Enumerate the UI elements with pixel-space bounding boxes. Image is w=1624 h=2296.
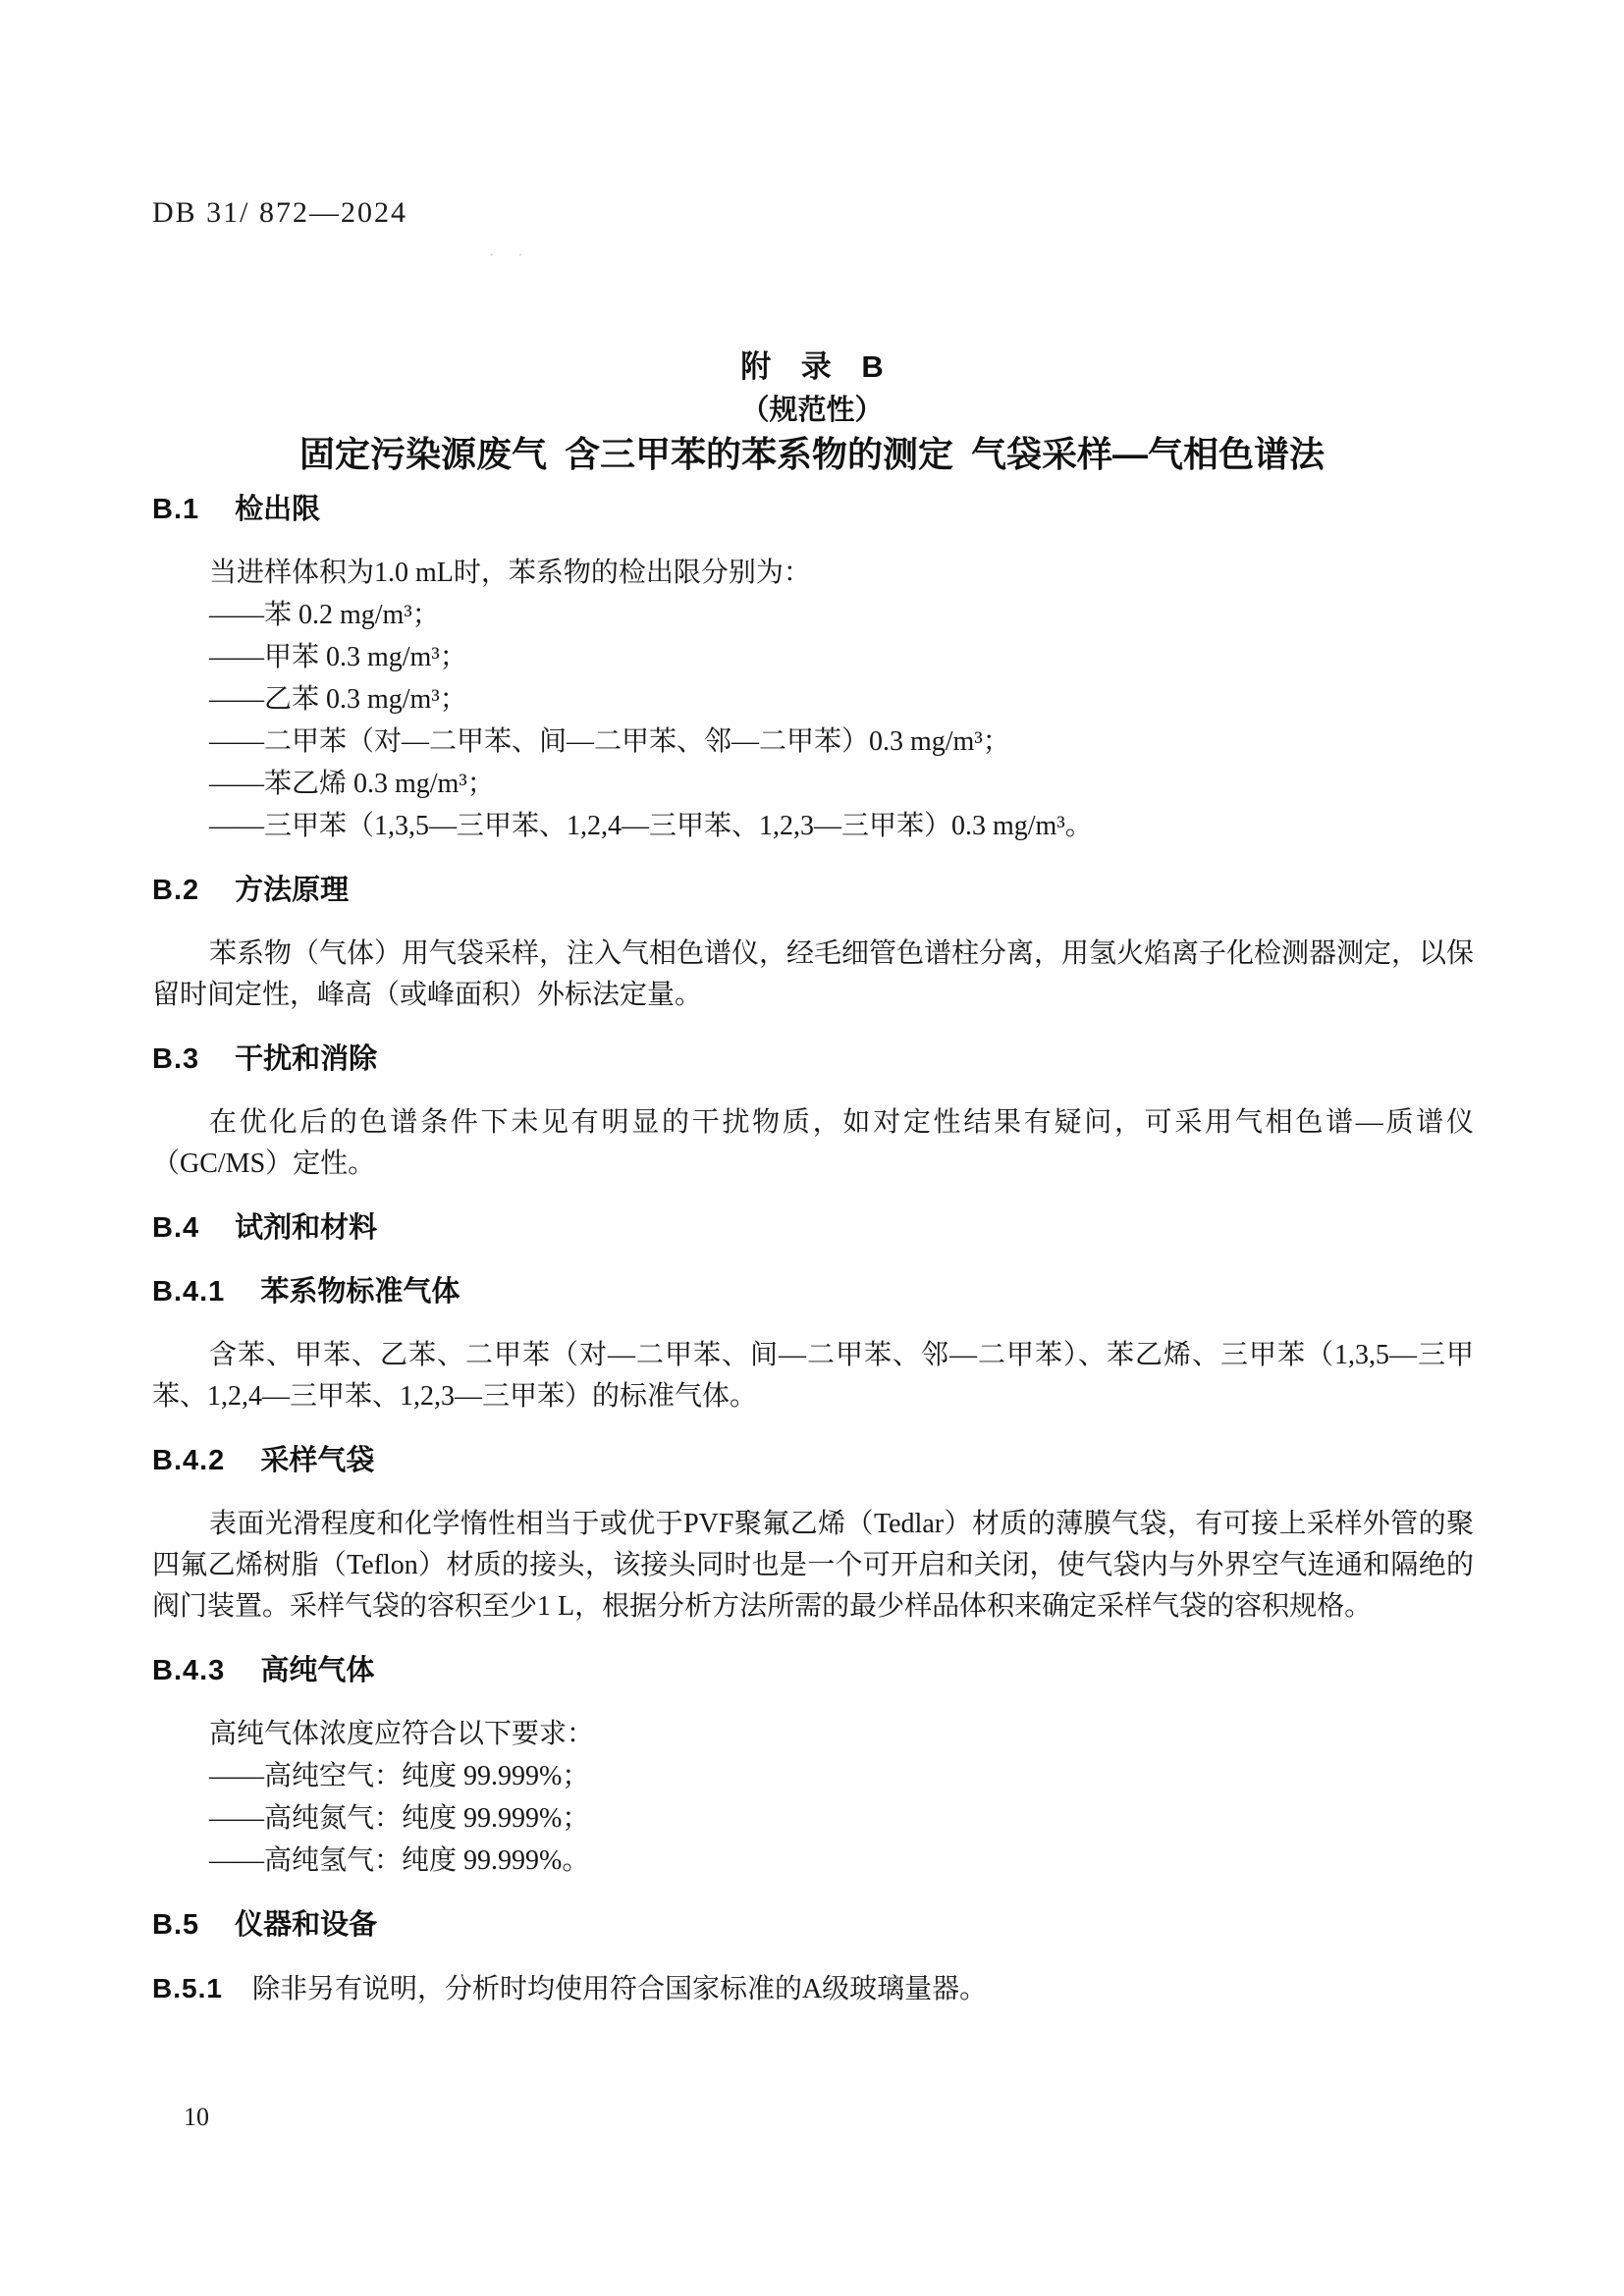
dash-list-item: ——高纯氢气：纯度 99.999%。 <box>152 1840 1474 1882</box>
clause-number: B.5.1 <box>152 1973 223 2003</box>
section-heading: B.4试剂和材料 <box>152 1207 1474 1249</box>
title-block: 附 录 B （规范性） 固定污染源废气 含三甲苯的苯系物的测定 气袋采样—气相色… <box>0 346 1624 477</box>
dash-list-item: ——乙苯 0.3 mg/m³； <box>152 678 1474 721</box>
clause: B.5.1除非另有说明，分析时均使用符合国家标准的A级玻璃量器。 <box>152 1968 1474 2010</box>
section-heading: B.3干扰和消除 <box>152 1039 1474 1080</box>
paragraph: 当进样体积为1.0 mL时，苯系物的检出限分别为： <box>152 553 1474 594</box>
heading-text: 采样气袋 <box>260 1445 374 1476</box>
clause-number: B.1 <box>152 494 199 525</box>
dash-list-item: ——三甲苯（1,3,5—三甲苯、1,2,4—三甲苯、1,2,3—三甲苯）0.3 … <box>152 805 1474 847</box>
standard-code-header: DB 31/ 872—2024 <box>152 196 407 230</box>
scan-artifact-marks: · · <box>489 247 533 265</box>
heading-text: 检出限 <box>235 494 320 525</box>
clause-text: 除非另有说明，分析时均使用符合国家标准的A级玻璃量器。 <box>252 1974 987 2004</box>
document-title: 固定污染源废气 含三甲苯的苯系物的测定 气袋采样—气相色谱法 <box>0 432 1624 477</box>
section-heading: B.1检出限 <box>152 489 1474 530</box>
page-number: 10 <box>184 2103 209 2132</box>
page-sheet: DB 31/ 872—2024 · · 附 录 B （规范性） 固定污染源废气 … <box>0 0 1624 2296</box>
clause-number: B.4 <box>152 1212 199 1244</box>
clause-number: B.2 <box>152 875 199 906</box>
section-heading: B.4.2采样气袋 <box>152 1440 1474 1481</box>
clause-number: B.4.2 <box>152 1445 225 1476</box>
paragraph: 在优化后的色谱条件下未见有明显的干扰物质，如对定性结果有疑问，可采用气相色谱—质… <box>152 1102 1474 1185</box>
section-heading: B.4.1苯系物标准气体 <box>152 1271 1474 1312</box>
clause-number: B.4.1 <box>152 1276 225 1308</box>
appendix-label: 附 录 B <box>0 346 1624 389</box>
clause-number: B.4.3 <box>152 1655 225 1686</box>
paragraph: 苯系物（气体）用气袋采样，注入气相色谱仪，经毛细管色谱柱分离，用氢火焰离子化检测… <box>152 934 1474 1016</box>
heading-text: 高纯气体 <box>260 1655 374 1686</box>
normative-label: （规范性） <box>0 389 1624 432</box>
heading-text: 干扰和消除 <box>235 1043 377 1075</box>
paragraph: 含苯、甲苯、乙苯、二甲苯（对—二甲苯、间—二甲苯、邻—二甲苯）、苯乙烯、三甲苯（… <box>152 1335 1474 1417</box>
heading-text: 试剂和材料 <box>235 1212 377 1244</box>
heading-text: 方法原理 <box>235 875 349 906</box>
section-heading: B.2方法原理 <box>152 870 1474 911</box>
dash-list-item: ——苯乙烯 0.3 mg/m³； <box>152 763 1474 805</box>
dash-list-item: ——高纯氮气：纯度 99.999%； <box>152 1797 1474 1840</box>
dash-list-item: ——高纯空气：纯度 99.999%； <box>152 1755 1474 1797</box>
clause-number: B.5 <box>152 1909 199 1941</box>
clause-number: B.3 <box>152 1043 199 1075</box>
heading-text: 仪器和设备 <box>235 1909 377 1941</box>
document-content: B.1检出限当进样体积为1.0 mL时，苯系物的检出限分别为：——苯 0.2 m… <box>152 489 1474 2010</box>
paragraph: 表面光滑程度和化学惰性相当于或优于PVF聚氟乙烯（Tedlar）材质的薄膜气袋，… <box>152 1504 1474 1628</box>
section-heading: B.5仪器和设备 <box>152 1904 1474 1946</box>
dash-list-item: ——甲苯 0.3 mg/m³； <box>152 636 1474 678</box>
section-heading: B.4.3高纯气体 <box>152 1650 1474 1691</box>
heading-text: 苯系物标准气体 <box>260 1276 460 1308</box>
dash-list-item: ——二甲苯（对—二甲苯、间—二甲苯、邻—二甲苯）0.3 mg/m³； <box>152 721 1474 763</box>
paragraph: 高纯气体浓度应符合以下要求： <box>152 1714 1474 1755</box>
dash-list-item: ——苯 0.2 mg/m³； <box>152 594 1474 636</box>
